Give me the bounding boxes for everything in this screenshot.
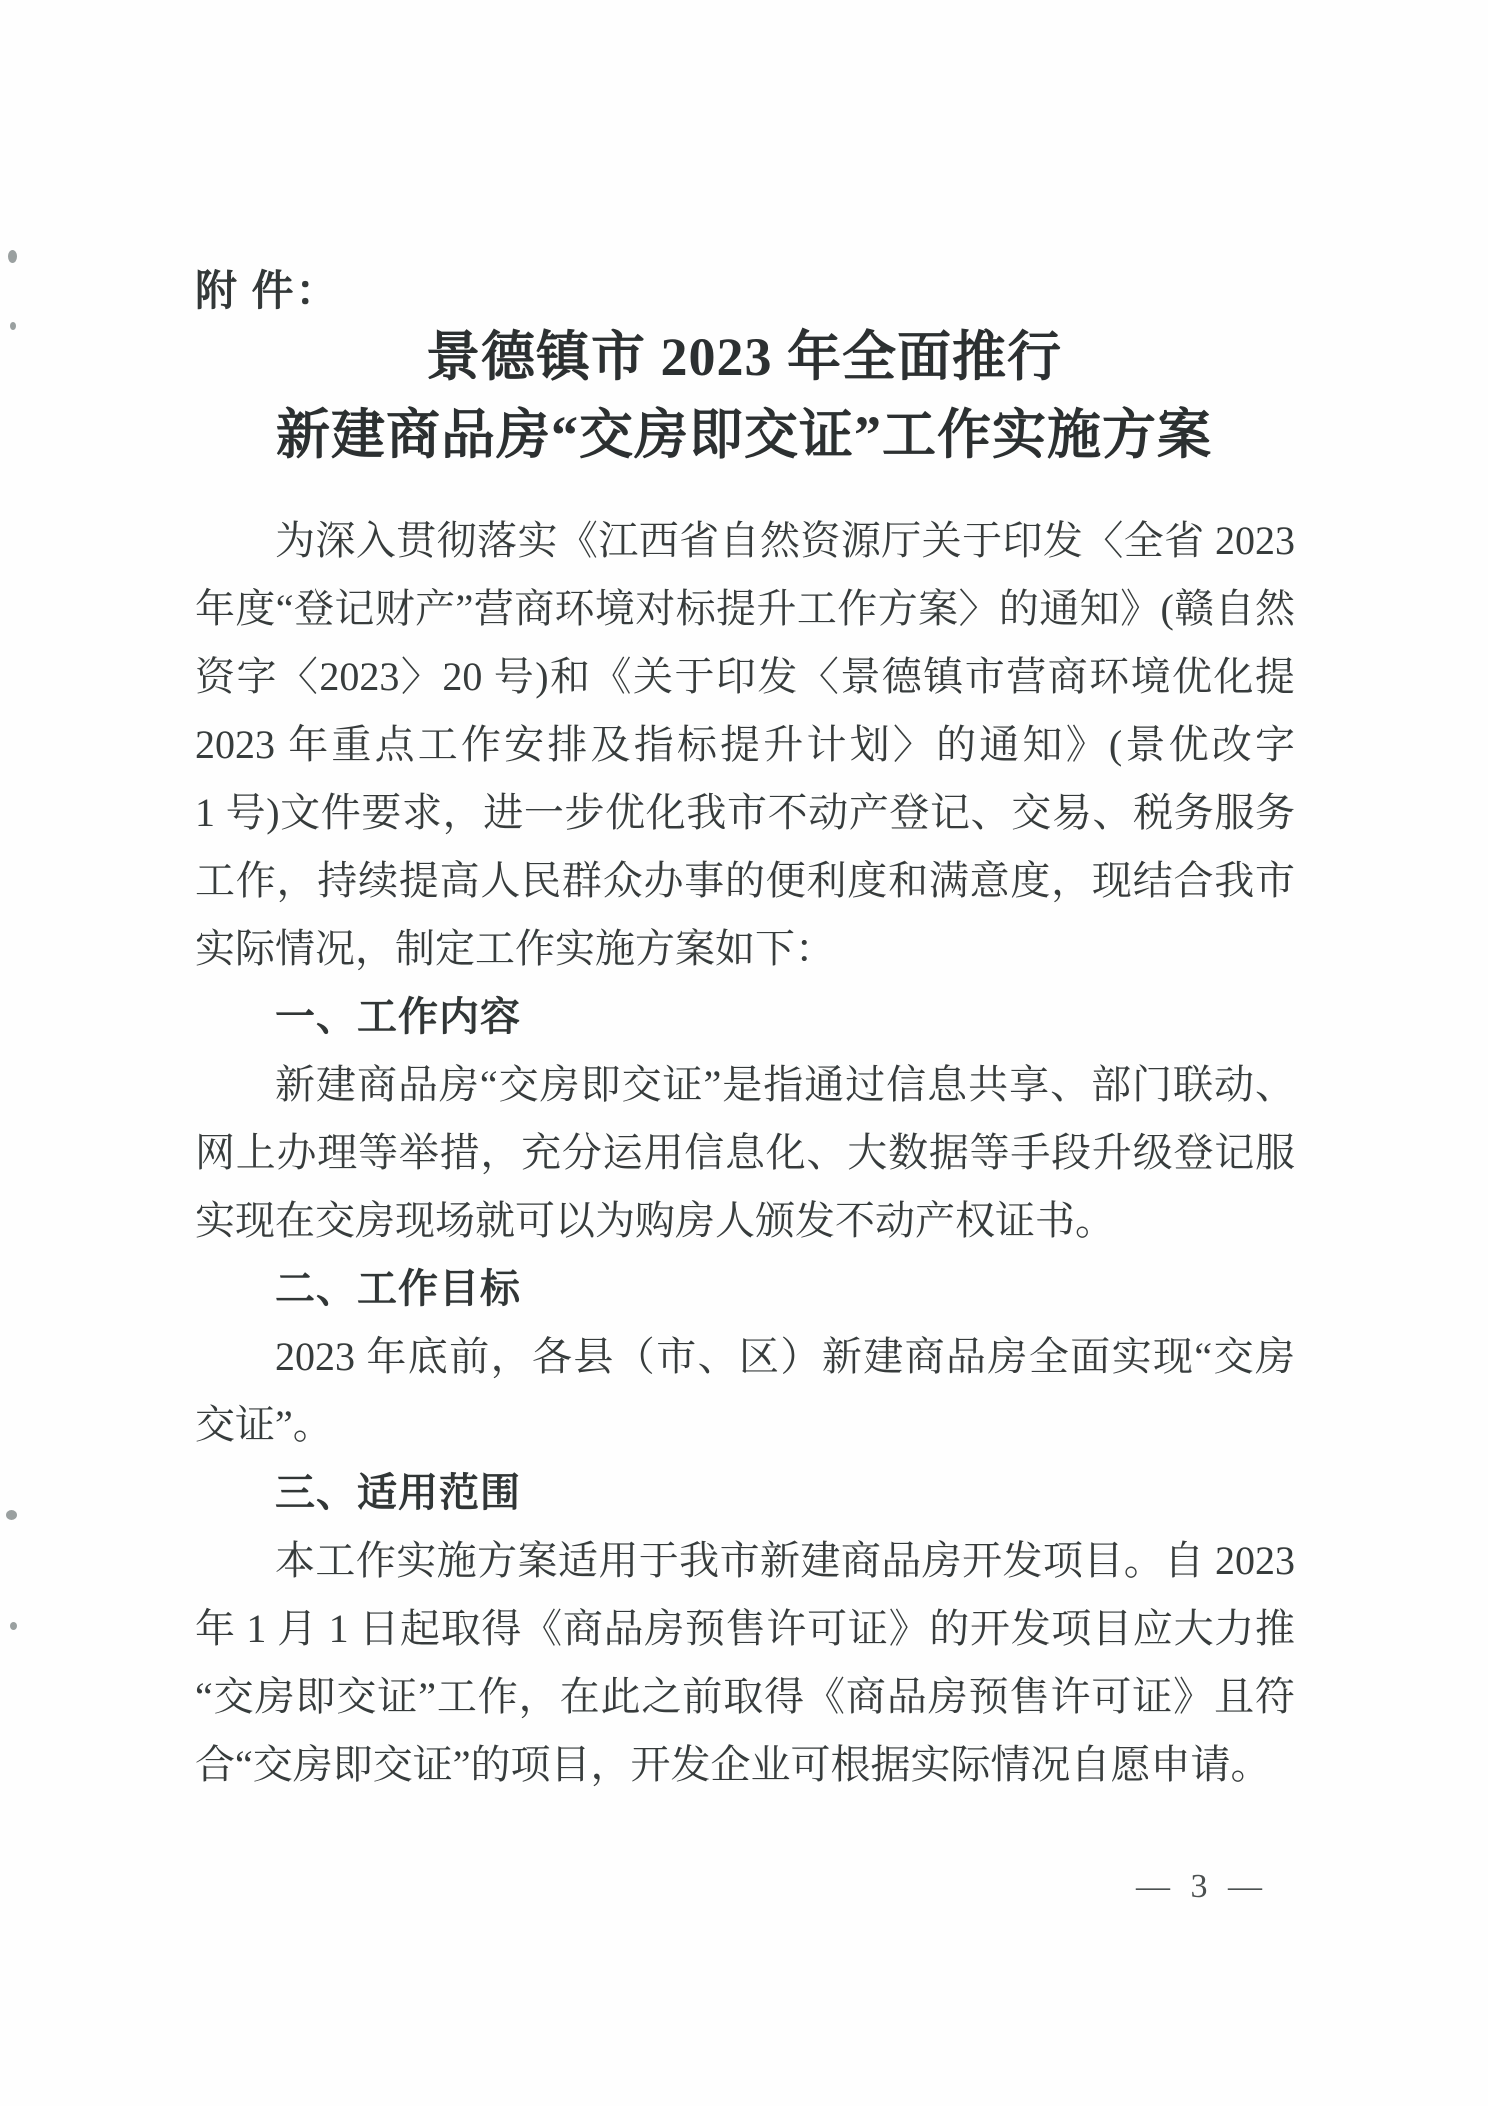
paragraph-line: “交房即交证”工作，在此之前取得《商品房预售许可证》且符 xyxy=(195,1663,1295,1731)
document-title: 景德镇市 2023 年全面推行 新建商品房“交房即交证”工作实施方案 xyxy=(194,318,1294,474)
paragraph-line: 2023 年底前，各县（市、区）新建商品房全面实现“交房即 xyxy=(195,1323,1295,1391)
document-page: 附 件： 景德镇市 2023 年全面推行 新建商品房“交房即交证”工作实施方案 … xyxy=(0,0,1488,2106)
section-heading: 二、工作目标 xyxy=(195,1255,1295,1323)
paragraph-line: 为深入贯彻落实《江西省自然资源厅关于印发〈全省 2023 xyxy=(195,507,1295,575)
paragraph-line: 合“交房即交证”的项目，开发企业可根据实际情况自愿申请。 xyxy=(195,1731,1295,1799)
paragraph-line: 资字〈2023〉20 号)和《关于印发〈景德镇市营商环境优化提升 xyxy=(195,643,1295,711)
paragraph-line: 2023 年重点工作安排及指标提升计划〉的通知》(景优改字〈2023〉 xyxy=(195,711,1295,779)
page-number: — 3 — xyxy=(1136,1868,1268,1906)
section-heading: 三、适用范围 xyxy=(195,1459,1295,1527)
paragraph-line: 年度“登记财产”营商环境对标提升工作方案〉的通知》(赣自然 xyxy=(195,575,1295,643)
paragraph-line: 实现在交房现场就可以为购房人颁发不动产权证书。 xyxy=(195,1187,1295,1255)
scan-speckle xyxy=(6,1510,17,1520)
paragraph-line: 网上办理等举措，充分运用信息化、大数据等手段升级登记服务， xyxy=(195,1119,1295,1187)
document-title-line-2: 新建商品房“交房即交证”工作实施方案 xyxy=(194,396,1294,474)
scan-speckle xyxy=(10,322,16,330)
paragraph-line: 交证”。 xyxy=(195,1391,1295,1459)
paragraph-line: 1 号)文件要求，进一步优化我市不动产登记、交易、税务服务 xyxy=(195,779,1295,847)
paragraph-line: 新建商品房“交房即交证”是指通过信息共享、部门联动、 xyxy=(195,1051,1295,1119)
paragraph-line: 实际情况，制定工作实施方案如下： xyxy=(195,915,1295,983)
paragraph-line: 年 1 月 1 日起取得《商品房预售许可证》的开发项目应大力推行 xyxy=(195,1595,1295,1663)
scan-speckle xyxy=(10,1622,17,1630)
attachment-label: 附 件： xyxy=(195,258,340,318)
document-title-line-1: 景德镇市 2023 年全面推行 xyxy=(194,318,1294,396)
paragraph-line: 本工作实施方案适用于我市新建商品房开发项目。自 2023 xyxy=(195,1527,1295,1595)
scan-speckle xyxy=(8,250,17,263)
document-body: 为深入贯彻落实《江西省自然资源厅关于印发〈全省 2023年度“登记财产”营商环境… xyxy=(195,507,1295,1799)
section-heading: 一、工作内容 xyxy=(195,983,1295,1051)
paragraph-line: 工作，持续提高人民群众办事的便利度和满意度，现结合我市的 xyxy=(195,847,1295,915)
